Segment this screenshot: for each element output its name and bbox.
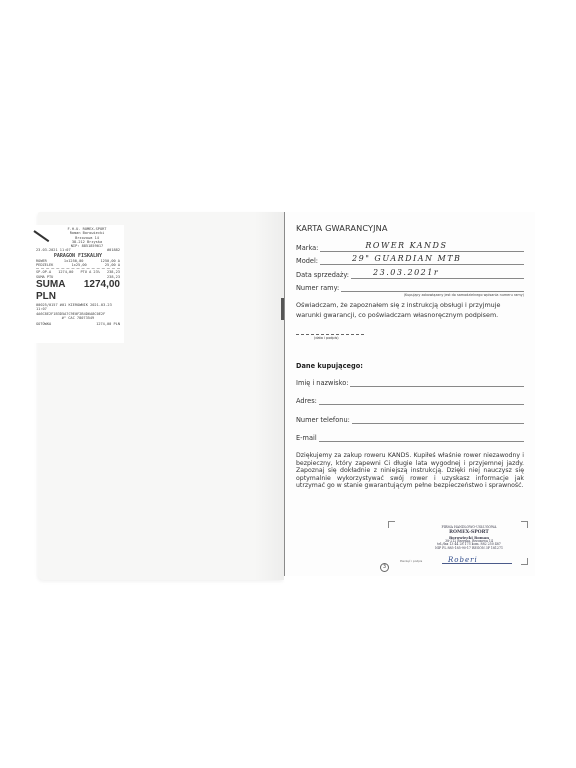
field-model: Model: 29" GUARDIAN MTB — [296, 252, 524, 266]
tax-base: 1274,00 — [58, 270, 73, 274]
receipt-separator — [36, 268, 120, 269]
address-line[interactable] — [319, 394, 524, 405]
spine-mark — [281, 298, 284, 320]
buyer-heading: Dane kupującego: — [296, 362, 524, 370]
email-line[interactable] — [319, 431, 524, 442]
receipt-footer-line: 00025/0157 #01 KIEROWNIK 2021-03-23 11:0… — [32, 303, 124, 312]
field-label: Numer telefonu: — [296, 416, 352, 424]
receipt-payment: GOTÓWKA 1274,00 PLN — [32, 322, 124, 326]
warranty-card: KARTA GWARANCYJNA Marka: ROWER KANDS Mod… — [296, 223, 524, 490]
company-stamp: FIRMA HANDLOWO-USŁUGOWA ROMEX-SPORT Boro… — [388, 521, 528, 565]
payment-label: GOTÓWKA — [36, 322, 51, 326]
statement: Oświadczam, że zapoznałem się z instrukc… — [296, 300, 524, 320]
payment-amount: 1274,00 PLN — [96, 322, 120, 326]
stamp-text: FIRMA HANDLOWO-USŁUGOWA ROMEX-SPORT Boro… — [388, 526, 528, 550]
field-label: Adres: — [296, 397, 319, 405]
field-label: Marka: — [296, 244, 320, 252]
card-title: KARTA GWARANCYJNA — [296, 223, 524, 233]
name-line[interactable] — [350, 376, 524, 387]
receipt-sum: SUMA PLN 1274,00 — [32, 279, 124, 303]
field-email: E-mail — [296, 429, 524, 443]
item-qty-price: 1x25,00 — [72, 263, 87, 267]
thanks-paragraph: Dziękujemy za zakup roweru KANDS. Kupiłe… — [296, 452, 524, 490]
model-line[interactable]: 29" GUARDIAN MTB — [320, 254, 524, 265]
field-address: Adres: — [296, 392, 524, 406]
footer-text: #^ CAC 78073549 — [62, 316, 94, 320]
field-label: Data sprzedaży: — [296, 271, 351, 279]
field-brand: Marka: ROWER KANDS — [296, 238, 524, 252]
phone-line[interactable] — [352, 413, 524, 424]
handwritten-value: 29" GUARDIAN MTB — [352, 254, 461, 263]
signature-line[interactable] — [296, 330, 364, 335]
field-sale-date: Data sprzedaży: 23.03.2021r — [296, 265, 524, 279]
sum-value: 1274,00 — [84, 279, 120, 303]
field-label: Model: — [296, 257, 320, 265]
seller-signature-line — [442, 563, 512, 564]
frame-note: (Kupujący zobowiązany jest do samodzieln… — [296, 293, 524, 297]
footer-text: 00025/0157 #01 KIEROWNIK 2021-03-23 11:0… — [36, 303, 120, 312]
receipt: F.H.U. ROMEX-SPORT Roman Borowiecki Brzo… — [32, 225, 124, 343]
field-phone: Numer telefonu: — [296, 410, 524, 424]
tax-rate: PTU A 23% — [80, 270, 99, 274]
receipt-footer-line: #^ CAC 78073549 — [32, 316, 124, 320]
handwritten-value: 23.03.2021r — [373, 268, 439, 277]
field-label: Numer ramy: — [296, 284, 341, 292]
brand-line[interactable]: ROWER KANDS — [320, 241, 524, 252]
field-name: Imię i nazwisko: — [296, 373, 524, 387]
item-name: PEDZELEK — [36, 263, 53, 267]
receipt-number: #01882 — [107, 248, 120, 252]
field-label: Imię i nazwisko: — [296, 379, 350, 387]
receipt-header: F.H.U. ROMEX-SPORT Roman Borowiecki Brzo… — [32, 225, 124, 248]
receipt-item: PEDZELEK 1x25,00 25,00 A — [32, 263, 124, 267]
signature-caption: (data i podpis) — [314, 336, 524, 340]
seal-label: Pieczęć i podpis — [400, 559, 422, 563]
stamp-corner — [521, 558, 528, 565]
field-frame-number: Numer ramy: — [296, 279, 524, 293]
sum-label: SUMA PLN — [36, 279, 84, 303]
item-total: 25,00 A — [105, 263, 120, 267]
stamp-line: NIP PL 885-185-90-17 REGON 3P 181271 — [410, 547, 528, 551]
field-label: E-mail — [296, 434, 319, 442]
frame-number-line[interactable] — [341, 281, 524, 292]
sale-date-line[interactable]: 23.03.2021r — [351, 268, 524, 279]
handwritten-value: ROWER KANDS — [365, 241, 447, 250]
page-number: 3 — [380, 563, 389, 572]
